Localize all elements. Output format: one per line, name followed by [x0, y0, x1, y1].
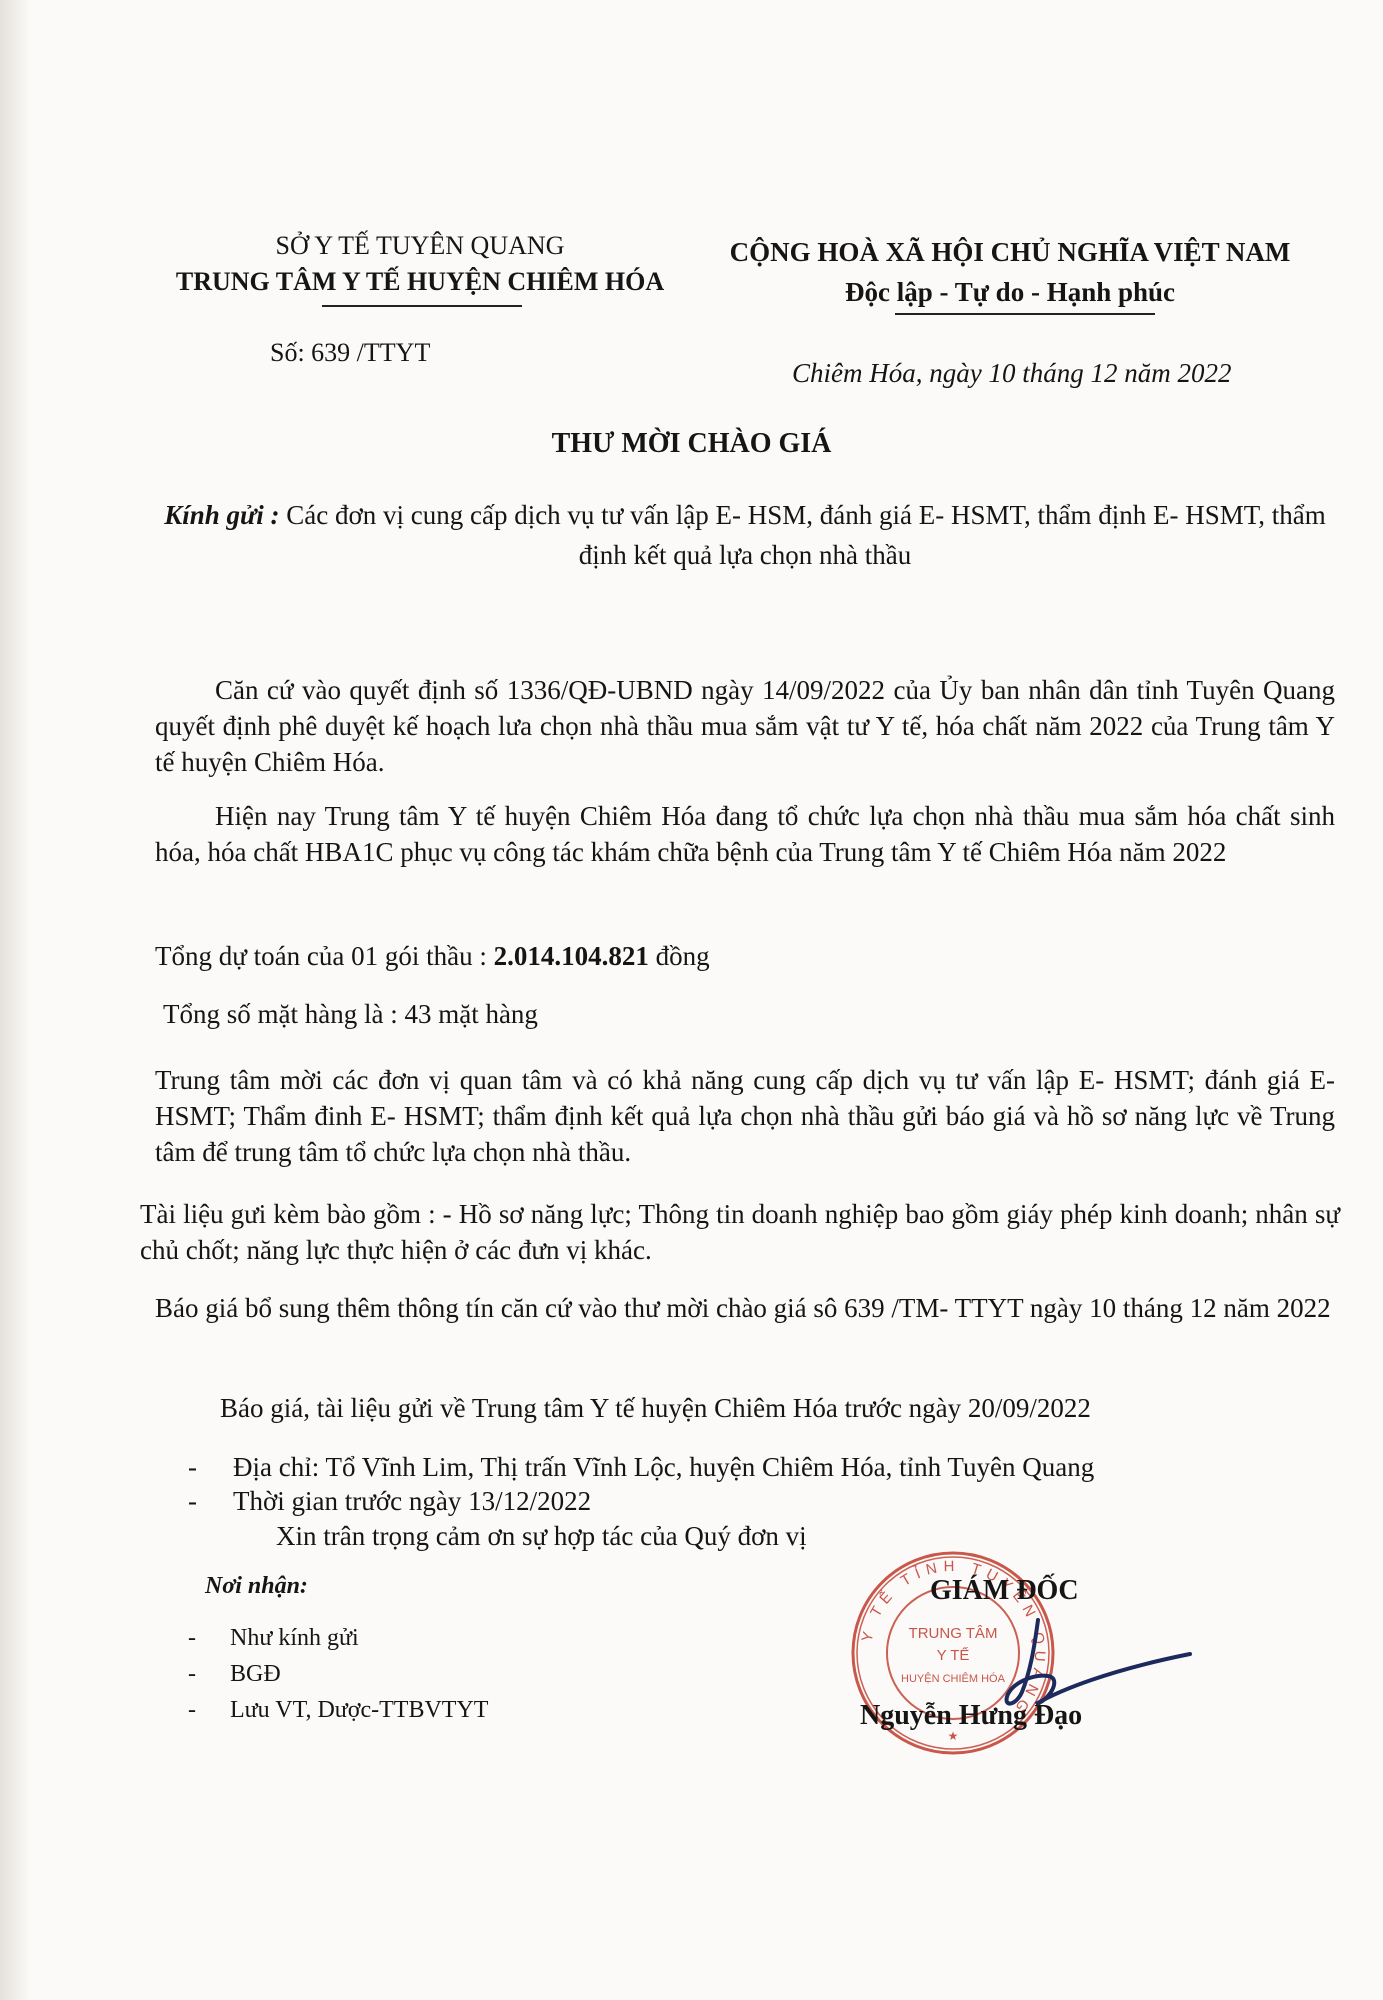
- receivers-title: Nơi nhận:: [205, 1573, 308, 1600]
- place-date: Chiêm Hóa, ngày 10 tháng 12 năm 2022: [792, 358, 1231, 389]
- budget-value: 2.014.104.821: [494, 941, 649, 971]
- paragraph-supplement: Báo giá bổ sung thêm thông tín căn cứ và…: [155, 1290, 1335, 1326]
- recipient: Kính gửi : Các đơn vị cung cấp dịch vụ t…: [160, 495, 1330, 575]
- signer-name: Nguyễn Hưng Đạo: [860, 1700, 1082, 1732]
- national-header: CỘNG HOÀ XÃ HỘI CHỦ NGHĨA VIỆT NAM Độc l…: [700, 232, 1320, 312]
- issuer-parent: SỞ Y TẾ TUYÊN QUANG: [150, 228, 690, 264]
- paragraph-invitation: Trung tâm mời các đơn vị quan tâm và có …: [155, 1062, 1335, 1170]
- national-motto: Độc lập - Tự do - Hạnh phúc: [700, 272, 1320, 312]
- details-list: -Địa chỉ: Tổ Vĩnh Lim, Thị trấn Vĩnh Lộc…: [188, 1450, 1094, 1518]
- svg-text:Y TẾ: Y TẾ: [937, 1647, 970, 1664]
- recipient-label: Kính gửi :: [164, 500, 279, 530]
- paragraph-attachments: Tài liệu gưi kèm bào gồm : - Hồ sơ năng …: [140, 1196, 1340, 1268]
- budget-line: Tổng dự toán của 01 gói thầu : 2.014.104…: [155, 938, 1335, 974]
- motto-underline: [895, 313, 1155, 315]
- list-item: -Lưu VT, Dược-TTBVTYT: [188, 1692, 488, 1728]
- list-item: -Như kính gửi: [188, 1620, 488, 1656]
- time-item: Thời gian trước ngày 13/12/2022: [233, 1484, 591, 1518]
- items-count: Tổng số mặt hàng là : 43 mặt hàng: [163, 996, 1343, 1032]
- recipient-text: Các đơn vị cung cấp dịch vụ tư vấn lập E…: [279, 500, 1325, 570]
- receivers-list: -Như kính gửi -BGĐ -Lưu VT, Dược-TTBVTYT: [188, 1620, 488, 1728]
- list-item: -Thời gian trước ngày 13/12/2022: [188, 1484, 1094, 1518]
- signer-title: GIÁM ĐỐC: [930, 1575, 1079, 1607]
- paragraph-current: Hiện nay Trung tâm Y tế huyện Chiêm Hóa …: [155, 798, 1335, 870]
- svg-text:TRUNG TÂM: TRUNG TÂM: [909, 1625, 998, 1642]
- paragraph-basis: Căn cứ vào quyết định số 1336/QĐ-UBND ng…: [155, 672, 1335, 780]
- issuer-underline: [322, 305, 522, 307]
- paragraph-deadline: Báo giá, tài liệu gửi về Trung tâm Y tế …: [220, 1390, 1320, 1426]
- address-item: Địa chỉ: Tổ Vĩnh Lim, Thị trấn Vĩnh Lộc,…: [233, 1450, 1094, 1484]
- country-name: CỘNG HOÀ XÃ HỘI CHỦ NGHĨA VIỆT NAM: [700, 232, 1320, 272]
- list-item: -Địa chỉ: Tổ Vĩnh Lim, Thị trấn Vĩnh Lộc…: [188, 1450, 1094, 1484]
- issuer-name: TRUNG TÂM Y TẾ HUYỆN CHIÊM HÓA: [150, 264, 690, 300]
- document-number: Số: 639 /TTYT: [270, 338, 430, 368]
- list-item: -BGĐ: [188, 1656, 488, 1692]
- document-title: THƯ MỜI CHÀO GIÁ: [0, 428, 1383, 460]
- page-edge-shadow: [0, 0, 30, 2000]
- issuer-block: SỞ Y TẾ TUYÊN QUANG TRUNG TÂM Y TẾ HUYỆN…: [150, 228, 690, 300]
- budget-unit: đồng: [649, 941, 710, 971]
- budget-label: Tổng dự toán của 01 gói thầu :: [155, 941, 494, 971]
